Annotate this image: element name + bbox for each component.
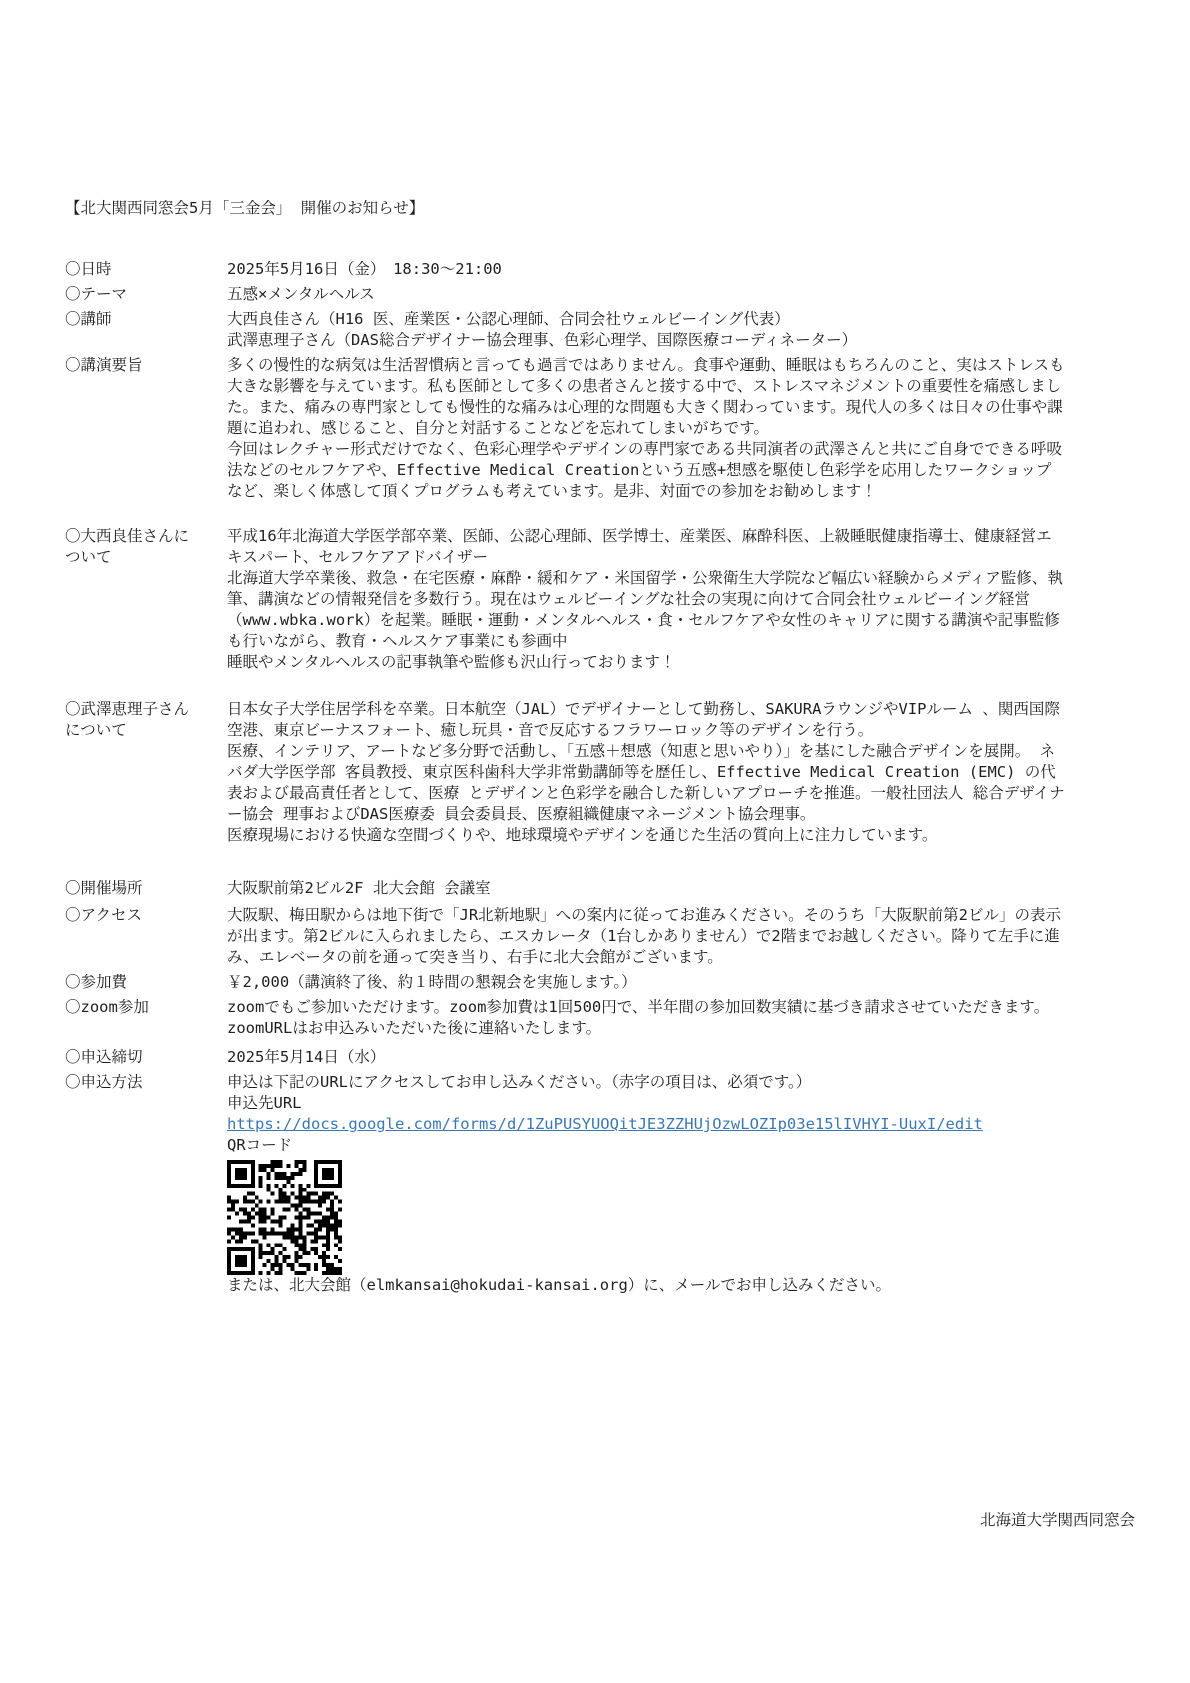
- takezawa-profile-value: 日本女子大学住居学科を卒業。日本航空（JAL）でデザイナーとして勤務し、SAKU…: [227, 699, 1065, 846]
- document-body: 【北大関西同窓会5月「三金会」 開催のお知らせ】 〇日時 2025年5月16日（…: [65, 198, 1135, 1300]
- venue-value: 大阪駅前第2ビル2F 北大会館 会議室: [227, 878, 1065, 899]
- row-access: 〇アクセス 大阪駅、梅田駅からは地下街で「JR北新地駅」への案内に従ってお進みく…: [65, 905, 1135, 968]
- lecturer-line-1: 大西良佳さん（H16 医、産業医・公認心理師、合同会社ウェルビーイング代表）: [227, 309, 1065, 330]
- qr-code-image: [227, 1160, 342, 1275]
- theme-label: 〇テーマ: [65, 284, 227, 305]
- abstract-value: 多くの慢性的な病気は生活習慣病と言っても過言ではありません。食事や運動、睡眠はも…: [227, 355, 1065, 502]
- abstract-label: 〇講演要旨: [65, 355, 227, 376]
- onishi-paragraph-3: 睡眠やメンタルヘルスの記事執筆や監修も沢山行っております！: [227, 652, 1065, 673]
- row-datetime: 〇日時 2025年5月16日（金） 18:30～21:00: [65, 259, 1135, 280]
- datetime-label: 〇日時: [65, 259, 227, 280]
- row-theme: 〇テーマ 五感×メンタルヘルス: [65, 284, 1135, 305]
- row-deadline: 〇申込締切 2025年5月14日（水）: [65, 1047, 1135, 1068]
- row-fee: 〇参加費 ￥2,000（講演終了後、約１時間の懇親会を実施します。）: [65, 972, 1135, 993]
- theme-value: 五感×メンタルヘルス: [227, 284, 1065, 305]
- abstract-paragraph-1: 多くの慢性的な病気は生活習慣病と言っても過言ではありません。食事や運動、睡眠はも…: [227, 355, 1065, 439]
- apply-value: 申込は下記のURLにアクセスしてお申し込みください。（赤字の項目は、必須です。）…: [227, 1072, 1065, 1296]
- apply-instruction: 申込は下記のURLにアクセスしてお申し込みください。（赤字の項目は、必須です。）: [227, 1072, 1065, 1093]
- row-lecturers: 〇講師 大西良佳さん（H16 医、産業医・公認心理師、合同会社ウェルビーイング代…: [65, 309, 1135, 351]
- deadline-label: 〇申込締切: [65, 1047, 227, 1068]
- page-title: 【北大関西同窓会5月「三金会」 開催のお知らせ】: [65, 198, 1135, 219]
- onishi-profile-value: 平成16年北海道大学医学部卒業、医師、公認心理師、医学博士、産業医、麻酔科医、上…: [227, 526, 1065, 673]
- qr-heading: QRコード: [227, 1135, 1065, 1156]
- lecturer-line-2: 武澤恵理子さん（DAS総合デザイナー協会理事、色彩心理学、国際医療コーディネータ…: [227, 330, 1065, 351]
- access-value: 大阪駅、梅田駅からは地下街で「JR北新地駅」への案内に従ってお進みください。その…: [227, 905, 1065, 968]
- onishi-paragraph-2: 北海道大学卒業後、救急・在宅医療・麻酔・緩和ケア・米国留学・公衆衛生大学院など幅…: [227, 568, 1065, 652]
- row-venue: 〇開催場所 大阪駅前第2ビル2F 北大会館 会議室: [65, 878, 1135, 899]
- notice-document-page: 【北大関西同窓会5月「三金会」 開催のお知らせ】 〇日時 2025年5月16日（…: [0, 0, 1190, 1683]
- access-label: 〇アクセス: [65, 905, 227, 926]
- onishi-paragraph-1: 平成16年北海道大学医学部卒業、医師、公認心理師、医学博士、産業医、麻酔科医、上…: [227, 526, 1065, 568]
- deadline-value: 2025年5月14日（水）: [227, 1047, 1065, 1068]
- fee-label: 〇参加費: [65, 972, 227, 993]
- takezawa-paragraph-3: 医療現場における快適な空間づくりや、地球環境やデザインを通じた生活の質向上に注力…: [227, 825, 1065, 846]
- row-onishi-profile: 〇大西良佳さんに ついて 平成16年北海道大学医学部卒業、医師、公認心理師、医学…: [65, 526, 1135, 673]
- application-form-link[interactable]: https://docs.google.com/forms/d/1ZuPUSYU…: [227, 1114, 983, 1135]
- apply-email-note: または、北大会館（elmkansai@hokudai-kansai.org）に、…: [227, 1275, 1065, 1296]
- lecturers-value: 大西良佳さん（H16 医、産業医・公認心理師、合同会社ウェルビーイング代表） 武…: [227, 309, 1065, 351]
- footer-signature: 北海道大学関西同窓会: [65, 1510, 1135, 1531]
- row-abstract: 〇講演要旨 多くの慢性的な病気は生活習慣病と言っても過言ではありません。食事や運…: [65, 355, 1135, 502]
- abstract-paragraph-2: 今回はレクチャー形式だけでなく、色彩心理学やデザインの専門家である共同演者の武澤…: [227, 439, 1065, 502]
- takezawa-paragraph-2: 医療、インテリア、アートなど多分野で活動し、「五感＋想感（知恵と思いやり）」を基…: [227, 741, 1065, 825]
- takezawa-profile-label: 〇武澤恵理子さん について: [65, 699, 227, 741]
- row-takezawa-profile: 〇武澤恵理子さん について 日本女子大学住居学科を卒業。日本航空（JAL）でデザ…: [65, 699, 1135, 846]
- datetime-value: 2025年5月16日（金） 18:30～21:00: [227, 259, 1065, 280]
- venue-label: 〇開催場所: [65, 878, 227, 899]
- zoom-label: 〇zoom参加: [65, 997, 227, 1018]
- onishi-profile-label: 〇大西良佳さんに ついて: [65, 526, 227, 568]
- row-apply: 〇申込方法 申込は下記のURLにアクセスしてお申し込みください。（赤字の項目は、…: [65, 1072, 1135, 1296]
- takezawa-paragraph-1: 日本女子大学住居学科を卒業。日本航空（JAL）でデザイナーとして勤務し、SAKU…: [227, 699, 1065, 741]
- zoom-value: zoomでもご参加いただけます。zoom参加費は1回500円で、半年間の参加回数…: [227, 997, 1065, 1039]
- lecturers-label: 〇講師: [65, 309, 227, 330]
- row-zoom: 〇zoom参加 zoomでもご参加いただけます。zoom参加費は1回500円で、…: [65, 997, 1135, 1039]
- apply-label: 〇申込方法: [65, 1072, 227, 1093]
- fee-value: ￥2,000（講演終了後、約１時間の懇親会を実施します。）: [227, 972, 1065, 993]
- apply-url-heading: 申込先URL: [227, 1093, 1065, 1114]
